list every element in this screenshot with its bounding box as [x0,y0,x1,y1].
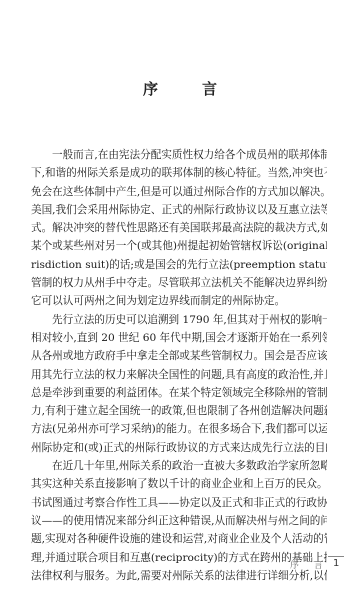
text-line: risdiction suit)的话;或是国会的先行立法(preemption … [31,256,327,274]
text-line: 在近几十年里,州际关系的政治一直被大多数政治学家所忽略, [31,457,327,475]
preface-body: 一般而言,在由宪法分配实质性权力给各个成员州的联邦体制之 下,和谐的州际关系是成… [31,146,327,585]
text-line: 用其先行立法的权力来解决全国性的问题,具有高度的政治性,并且 [31,366,327,384]
text-line: 免会在这些体制中产生,但是可以通过州际合作的方式加以解决。在 [31,183,327,201]
title-char-2: 言 [202,78,217,99]
text-line: 它可以认可两州之间为划定边界线而制定的州际协定。 [31,292,327,310]
text-line: 法律权利与服务。为此,需要对州际关系的法律进行详细分析,以便 [31,567,327,585]
running-head: 序 言 [290,558,329,571]
text-line: 美国,我们会采用州际协定、正式的州际行政协议以及互惠立法等形 [31,201,327,219]
footer-rule [328,556,344,557]
text-line: 下,和谐的州际关系是成功的联邦体制的核心特征。当然,冲突也不 [31,164,327,182]
text-line: 力,有利于建立起全国统一的政策,但也限制了各州创造解决问题新 [31,402,327,420]
text-line: 总是牵涉到重要的利益团体。在某个特定领域完全移除州的管制权 [31,384,327,402]
text-line: 一般而言,在由宪法分配实质性权力给各个成员州的联邦体制之 [31,146,327,164]
text-line: 某个或某些州对另一个(或其他)州提起初始管辖权诉讼(original ju- [31,237,327,255]
text-line: 方法(兄弟州亦可学习采纳)的能力。在很多场合下,我们都可以运用 [31,420,327,438]
text-line: 从各州或地方政府手中拿走全部或某些管制权力。国会是否应该运 [31,347,327,365]
text-line: 议——的使用情况来部分纠正这种错误,从而解决州与州之间的问 [31,512,327,530]
text-line: 管制的权力从州手中夺走。尽管联邦立法机关不能解决边界纠纷,但 [31,274,327,292]
text-line: 州际协定和(或)正式的州际行政协议的方式来达成先行立法的目的。 [31,439,327,457]
text-line: 题,实现对各种硬件设施的建设和运营,对商业企业及个人活动的管 [31,530,327,548]
text-line: 理,并通过联合项目和互惠(reciprocity)的方式在跨州的基础上提供 [31,549,327,567]
text-line: 先行立法的历史可以追溯到 1790 年,但其对于州权的影响一直 [31,311,327,329]
title-char-1: 序 [143,78,158,99]
page-title: 序言 [0,78,360,99]
text-line: 式。解决冲突的替代性思路还有美国联邦最高法院的裁决方式,如果 [31,219,327,237]
text-line: 其实这种关系直接影响了数以千计的商业企业和上百万的民众。本 [31,475,327,493]
page-number: 1 [333,558,339,569]
text-line: 书试图通过考察合作性工具——协定以及正式和非正式的行政协 [31,494,327,512]
text-line: 相对较小,直到 20 世纪 60 年代中期,国会才逐渐开始在一系列领域 [31,329,327,347]
